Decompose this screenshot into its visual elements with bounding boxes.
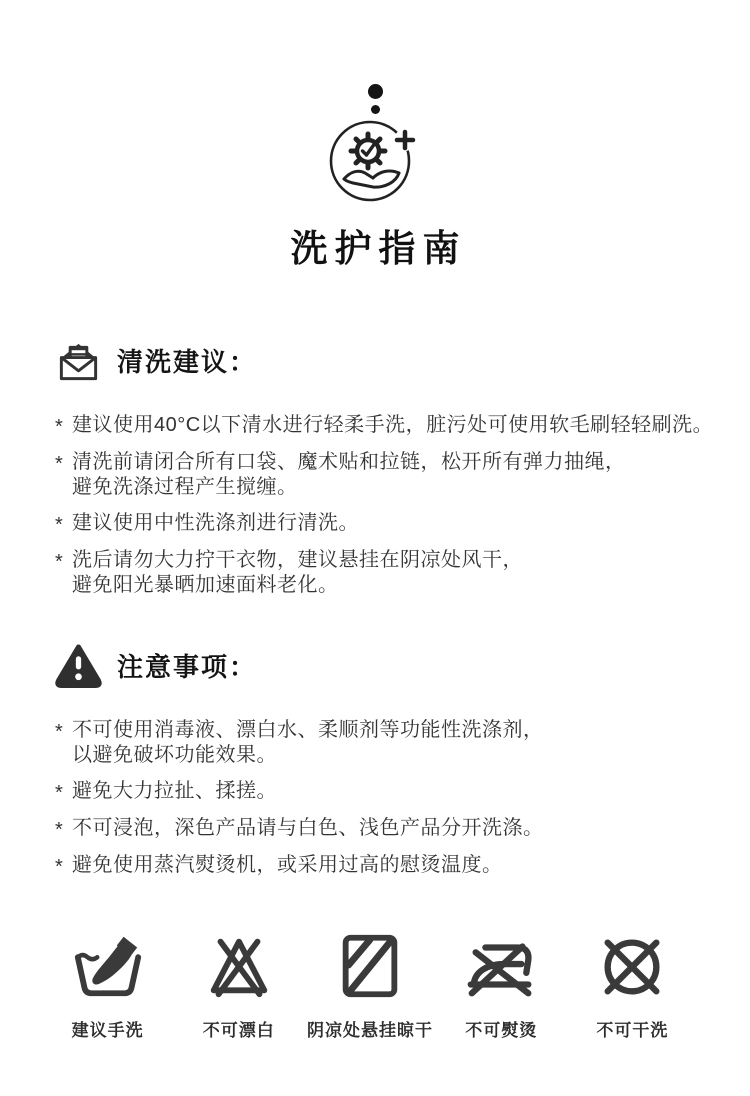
- care-guide-page: 洗护指南 清洗建议： * 建议使用40°C以下清水进行轻柔手洗，脏污处可使用软毛…: [0, 0, 750, 1096]
- gear-check-hand-icon: [320, 113, 430, 214]
- laundry-symbol-row: 建议手洗 不可漂白 阴凉处悬挂晾干: [42, 929, 698, 1041]
- warning-triangle-icon: [55, 642, 102, 689]
- bullet-text: 清洗前请闭合所有口袋、魔术贴和拉链，松开所有弹力抽绳，: [72, 450, 626, 475]
- bullet-text: 避免阳光暴晒加速面料老化。: [72, 573, 523, 598]
- list-item: * 建议使用40°C以下清水进行轻柔手洗，脏污处可使用软毛刷轻轻刷洗。: [55, 413, 722, 439]
- bullet-marker: *: [55, 718, 72, 768]
- list-item: * 清洗前请闭合所有口袋、魔术贴和拉链，松开所有弹力抽绳， 避免洗涤过程产生搅缠…: [55, 450, 722, 500]
- list-item: * 避免大力拉扯、揉搓。: [55, 779, 722, 805]
- bullet-marker: *: [55, 450, 72, 500]
- list-item: * 建议使用中性洗涤剂进行清洗。: [55, 511, 722, 537]
- section-wash-header: 清洗建议：: [55, 337, 722, 384]
- bullet-marker: *: [55, 779, 72, 805]
- bullet-text: 避免大力拉扯、揉搓。: [72, 779, 277, 804]
- section-wash-title: 清洗建议：: [117, 342, 257, 379]
- precautions-bullet-list: * 不可使用消毒液、漂白水、柔顺剂等功能性洗涤剂， 以避免破坏功能效果。 * 避…: [55, 718, 722, 879]
- care-label: 阴凉处悬挂晾干: [307, 1016, 433, 1041]
- do-not-bleach-icon: [200, 929, 278, 1003]
- care-label: 建议手洗: [72, 1016, 144, 1041]
- do-not-dry-clean-icon: [593, 929, 671, 1003]
- section-precautions: 注意事项： * 不可使用消毒液、漂白水、柔顺剂等功能性洗涤剂， 以避免破坏功能效…: [55, 642, 722, 890]
- care-item-do-not-iron: 不可熨烫: [436, 929, 567, 1041]
- care-item-hand-wash: 建议手洗: [42, 929, 173, 1041]
- bullet-marker: *: [55, 853, 72, 879]
- open-envelope-icon: [55, 337, 102, 384]
- do-not-iron-icon: [462, 929, 540, 1003]
- section-wash-suggestions: 清洗建议： * 建议使用40°C以下清水进行轻柔手洗，脏污处可使用软毛刷轻轻刷洗…: [55, 337, 722, 609]
- bullet-marker: *: [55, 548, 72, 598]
- list-item: * 避免使用蒸汽熨烫机，或采用过高的慰烫温度。: [55, 853, 722, 879]
- care-item-shade-line-dry: 阴凉处悬挂晾干: [304, 929, 435, 1041]
- care-label: 不可熨烫: [465, 1016, 537, 1041]
- care-item-do-not-dry-clean: 不可干洗: [567, 929, 698, 1041]
- bullet-text: 洗后请勿大力拧干衣物，建议悬挂在阴凉处风干，: [72, 548, 523, 573]
- bullet-text: 避免洗涤过程产生搅缠。: [72, 475, 626, 500]
- list-item: * 不可使用消毒液、漂白水、柔顺剂等功能性洗涤剂， 以避免破坏功能效果。: [55, 718, 722, 768]
- wash-bullet-list: * 建议使用40°C以下清水进行轻柔手洗，脏污处可使用软毛刷轻轻刷洗。 * 清洗…: [55, 413, 722, 598]
- decorative-dots: [0, 84, 750, 114]
- bullet-text: 建议使用40°C以下清水进行轻柔手洗，脏污处可使用软毛刷轻轻刷洗。: [72, 413, 713, 438]
- bullet-text: 以避免破坏功能效果。: [72, 743, 544, 768]
- section-precautions-title: 注意事项：: [117, 647, 257, 684]
- care-label: 不可干洗: [596, 1016, 668, 1041]
- section-precautions-header: 注意事项：: [55, 642, 722, 689]
- hand-wash-icon: [69, 929, 147, 1003]
- bullet-marker: *: [55, 511, 72, 537]
- bullet-marker: *: [55, 816, 72, 842]
- bullet-marker: *: [55, 413, 72, 439]
- care-item-do-not-bleach: 不可漂白: [173, 929, 304, 1041]
- list-item: * 不可浸泡，深色产品请与白色、浅色产品分开洗涤。: [55, 816, 722, 842]
- care-label: 不可漂白: [203, 1016, 275, 1041]
- bullet-text: 建议使用中性洗涤剂进行清洗。: [72, 511, 359, 536]
- list-item: * 洗后请勿大力拧干衣物，建议悬挂在阴凉处风干， 避免阳光暴晒加速面料老化。: [55, 548, 722, 598]
- bullet-text: 不可浸泡，深色产品请与白色、浅色产品分开洗涤。: [72, 816, 544, 841]
- page-title: 洗护指南: [0, 218, 750, 272]
- shade-line-dry-icon: [331, 929, 409, 1003]
- bullet-text: 避免使用蒸汽熨烫机，或采用过高的慰烫温度。: [72, 853, 503, 878]
- bullet-text: 不可使用消毒液、漂白水、柔顺剂等功能性洗涤剂，: [72, 718, 544, 743]
- dot-large: [368, 84, 383, 99]
